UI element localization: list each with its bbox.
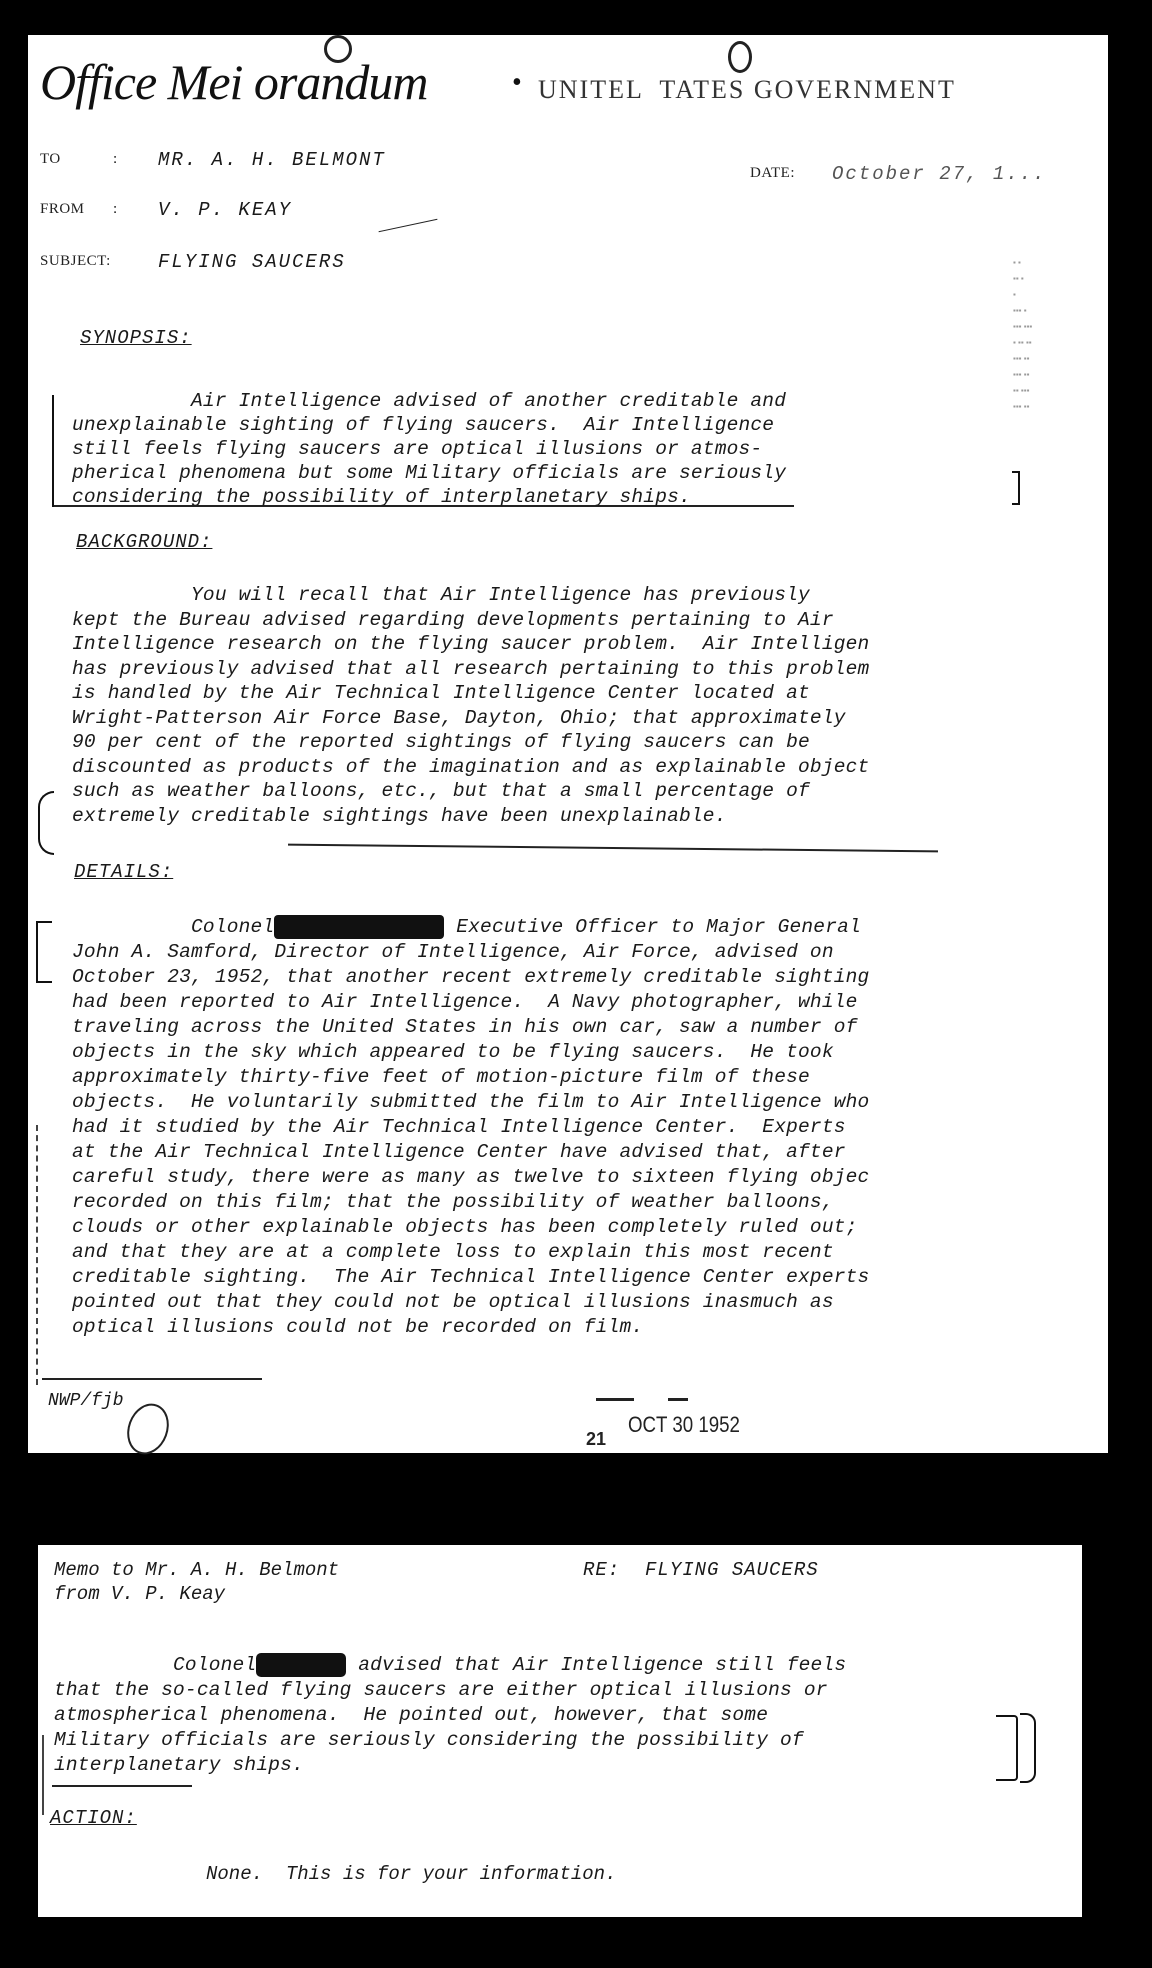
text-line: considering the possibility of interplan…	[72, 485, 691, 510]
text-line: has previously advised that all research…	[72, 657, 869, 682]
text-line: Military officials are seriously conside…	[54, 1728, 804, 1753]
memo-page-1: Office Mei orandum • UNITEL TATES GOVERN…	[28, 35, 1108, 1453]
text-line: had been reported to Air Intelligence. A…	[72, 990, 858, 1015]
from-colon: :	[113, 201, 117, 218]
page2-colonel: Colonel	[54, 1654, 256, 1676]
text-line: 90 per cent of the reported sightings of…	[72, 730, 810, 755]
text-line: such as weather balloons, etc., but that…	[72, 779, 810, 804]
letterhead-government: UNITEL TATES GOVERNMENT	[538, 75, 956, 105]
handwritten-mark	[379, 219, 438, 232]
text-line: atmospherical phenomena. He pointed out,…	[54, 1703, 768, 1728]
text-line: Intelligence research on the flying sauc…	[72, 632, 869, 657]
received-stamp-date: OCT 30 1952	[628, 1412, 740, 1438]
text-line: objects in the sky which appeared to be …	[72, 1040, 834, 1065]
text-line: October 23, 1952, that another recent ex…	[72, 965, 869, 990]
text-line: creditable sighting. The Air Technical I…	[72, 1265, 869, 1290]
page2-bracket-mark	[1020, 1713, 1036, 1783]
background-heading: BACKGROUND:	[76, 531, 212, 553]
date-label: DATE:	[750, 165, 795, 182]
typist-initials: NWP/fjb	[48, 1391, 124, 1411]
to-value: MR. A. H. BELMONT	[158, 149, 386, 171]
text-line: pherical phenomena but some Military off…	[72, 461, 786, 486]
text-line: interplanetary ships.	[54, 1753, 304, 1778]
details-margin-line	[36, 1125, 42, 1385]
text-line: discounted as products of the imaginatio…	[72, 755, 869, 780]
synopsis-right-bracket	[1012, 471, 1020, 505]
margin-routing-stamps: ▪ ▪ ▪▪ ▪ ▪ ▪▪▪ ▪ ▪▪▪ ▪▪▪ ▪ ▪▪ ▪▪ ▪▪▪ ▪▪ …	[1013, 255, 1032, 415]
text-line: careful study, there were as many as twe…	[72, 1165, 869, 1190]
page2-bracket-mark	[996, 1715, 1018, 1781]
redaction-block	[256, 1653, 346, 1677]
page2-margin-line	[42, 1735, 44, 1815]
action-text: None. This is for your information.	[206, 1863, 616, 1885]
subject-value: FLYING SAUCERS	[158, 251, 346, 273]
continuation-header-to: Memo to Mr. A. H. Belmont	[54, 1559, 339, 1581]
details-first-line-rest: Executive Officer to Major General	[444, 916, 861, 938]
to-colon: :	[113, 151, 117, 168]
to-label: TO	[40, 151, 61, 168]
text-line: objects. He voluntarily submitted the fi…	[72, 1090, 869, 1115]
subject-label: SUBJECT:	[40, 253, 111, 270]
text-line: approximately thirty-five feet of motion…	[72, 1065, 810, 1090]
text-line: clouds or other explainable objects has …	[72, 1215, 858, 1240]
page2-first-line: Colonel advised that Air Intelligence st…	[54, 1653, 846, 1678]
handwritten-signature	[120, 1398, 175, 1461]
continuation-header-subject: RE: FLYING SAUCERS	[583, 1559, 819, 1581]
redaction-block	[274, 915, 444, 939]
text-line: Air Intelligence advised of another cred…	[72, 389, 786, 414]
date-value: October 27, 1...	[832, 163, 1046, 185]
text-line: still feels flying saucers are optical i…	[72, 437, 762, 462]
text-line: extremely creditable sightings have been…	[72, 804, 727, 829]
text-line: You will recall that Air Intelligence ha…	[72, 583, 810, 608]
text-line: John A. Samford, Director of Intelligenc…	[72, 940, 834, 965]
letterhead-title: Office Mei orandum	[40, 53, 427, 111]
text-line: kept the Bureau advised regarding develo…	[72, 608, 834, 633]
text-line: Wright-Patterson Air Force Base, Dayton,…	[72, 706, 846, 731]
action-heading: ACTION:	[50, 1807, 137, 1829]
details-heading: DETAILS:	[74, 861, 173, 883]
page2-underline	[52, 1785, 192, 1787]
punch-hole-icon	[728, 41, 752, 73]
stamp-mark	[668, 1398, 688, 1401]
text-line: traveling across the United States in hi…	[72, 1015, 858, 1040]
background-paren-mark	[38, 791, 54, 855]
page2-first-line-rest: advised that Air Intelligence still feel…	[346, 1654, 846, 1676]
synopsis-heading: SYNOPSIS:	[80, 327, 192, 349]
text-line: at the Air Technical Intelligence Center…	[72, 1140, 846, 1165]
page-number: 21	[586, 1429, 606, 1450]
details-first-line: Colonel Executive Officer to Major Gener…	[72, 915, 861, 940]
text-line: optical illusions could not be recorded …	[72, 1315, 643, 1340]
text-line: had it studied by the Air Technical Inte…	[72, 1115, 846, 1140]
text-line: and that they are at a complete loss to …	[72, 1240, 834, 1265]
text-line: is handled by the Air Technical Intellig…	[72, 681, 810, 706]
stamp-mark	[596, 1398, 634, 1401]
memo-page-2: Memo to Mr. A. H. Belmont from V. P. Kea…	[38, 1545, 1082, 1917]
details-colonel: Colonel	[72, 916, 274, 938]
continuation-header-from: from V. P. Keay	[54, 1583, 225, 1605]
from-label: FROM	[40, 201, 85, 218]
text-line: recorded on this film; that the possibil…	[72, 1190, 834, 1215]
text-line: that the so-called flying saucers are ei…	[54, 1678, 828, 1703]
from-value: V. P. KEAY	[158, 199, 292, 221]
background-underline	[288, 844, 938, 853]
text-line: unexplainable sighting of flying saucers…	[72, 413, 774, 438]
synopsis-bracket	[52, 395, 58, 507]
letterhead-separator: •	[512, 67, 522, 99]
details-bracket-mark	[36, 921, 52, 983]
details-underline	[42, 1378, 262, 1380]
text-line: pointed out that they could not be optic…	[72, 1290, 834, 1315]
